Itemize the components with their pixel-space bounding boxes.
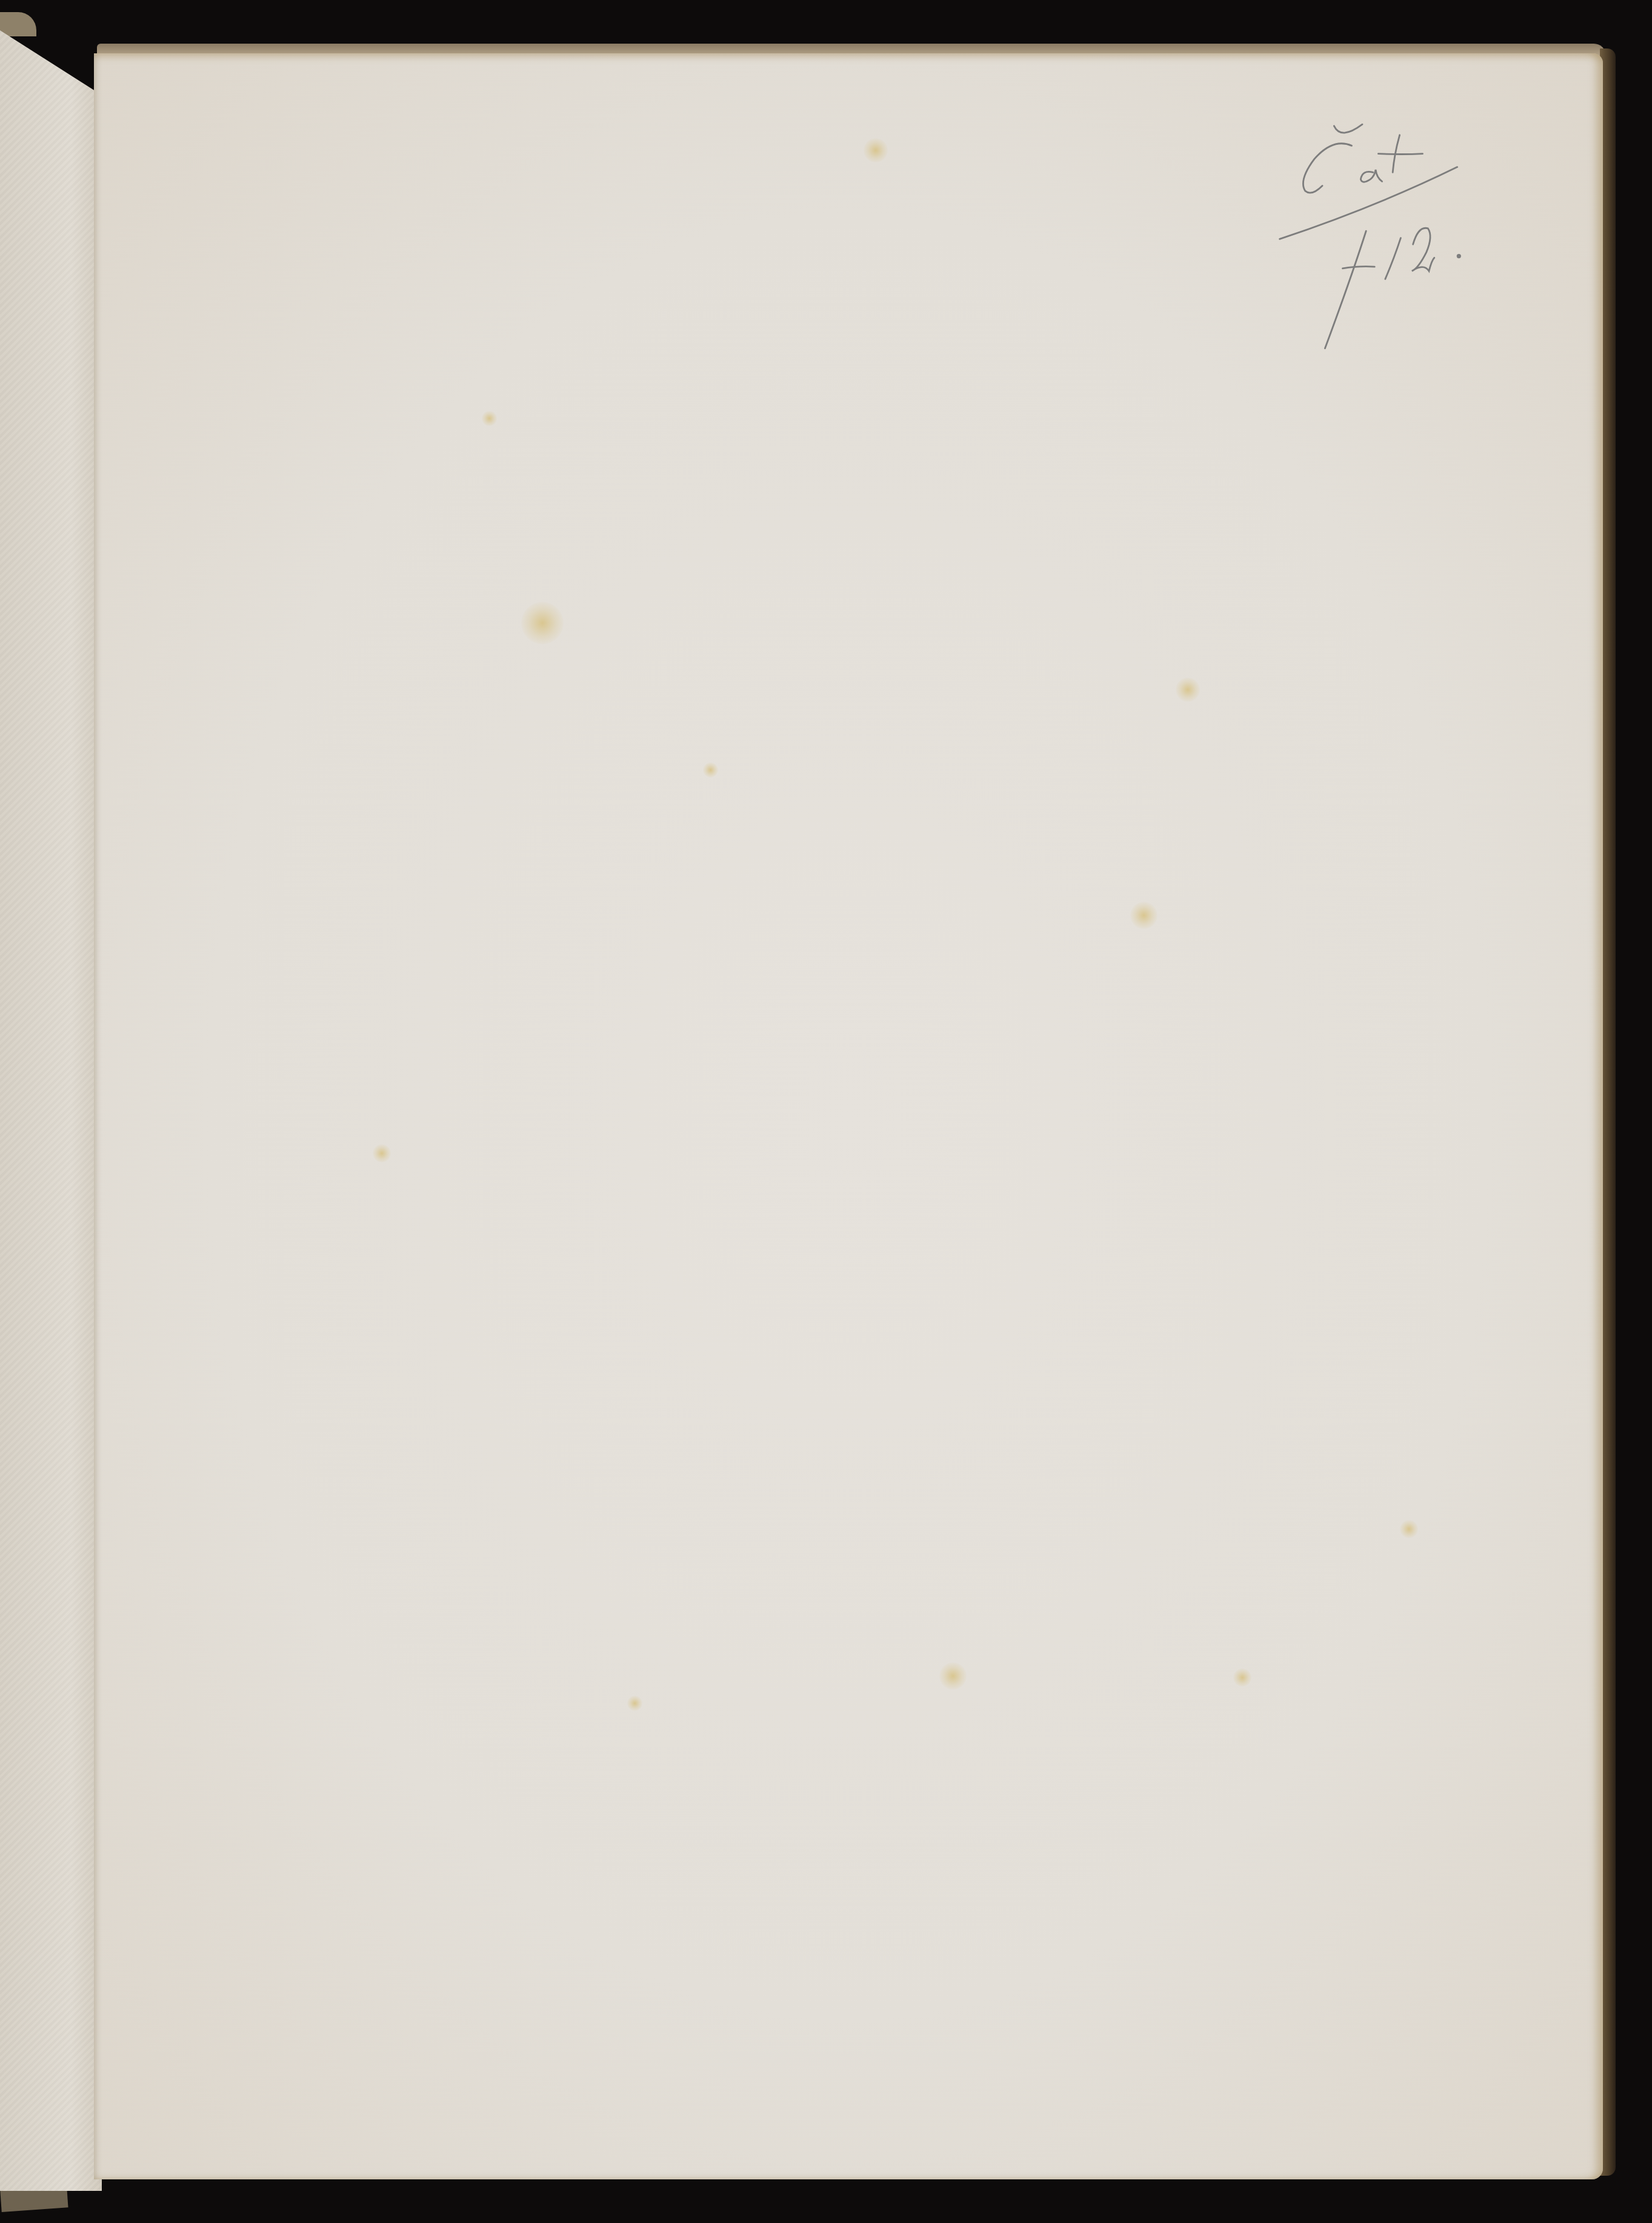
foxing-spot — [1130, 902, 1157, 929]
foxing-spot — [1233, 1668, 1251, 1687]
right-page — [94, 53, 1603, 2179]
foxing-spot — [1400, 1520, 1418, 1538]
foxing-spot — [482, 411, 497, 426]
left-cover-top — [0, 12, 36, 36]
foxing-spot — [703, 762, 718, 778]
left-page — [0, 30, 102, 2191]
handwriting-glyphs — [1242, 103, 1509, 370]
foxing-spot — [939, 1662, 967, 1690]
foxing-spot — [864, 138, 888, 162]
foxing-spot — [373, 1144, 391, 1162]
foxing-spot — [521, 602, 564, 644]
pencil-annotation: Cat f12. — [1242, 103, 1509, 370]
foxing-spot — [627, 1696, 642, 1711]
foxing-spot — [1176, 678, 1200, 702]
